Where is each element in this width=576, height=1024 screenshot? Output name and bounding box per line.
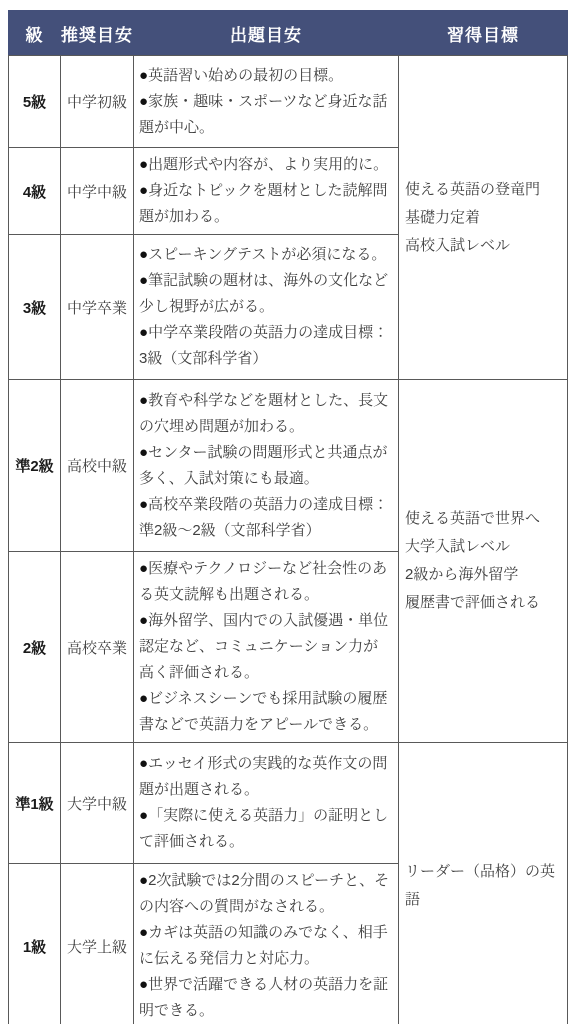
points-cell: ●エッセイ形式の実践的な英作文の問題が出題される。●「実際に使える英語力」の証明… <box>134 743 399 864</box>
table-row: 準2級高校中級●教育や科学などを題材とした、長文の穴埋め問題が加わる。●センター… <box>9 380 568 552</box>
point-item: ●英語習い始めの最初の目標。 <box>139 63 393 89</box>
point-item: ●高校卒業段階の英語力の達成目標：準2級～2級（文部科学省） <box>139 492 393 544</box>
points-cell: ●教育や科学などを題材とした、長文の穴埋め問題が加わる。●センター試験の問題形式… <box>134 380 399 552</box>
level-cell: 中学初級 <box>61 56 134 148</box>
bullet-icon: ● <box>139 392 148 409</box>
bullet-icon: ● <box>139 182 148 199</box>
point-text: 世界で活躍できる人材の英語力を証明できる。 <box>139 976 388 1019</box>
level-cell: 大学上級 <box>61 864 134 1024</box>
table-header: 級 推奨目安 出題目安 習得目標 <box>9 11 568 56</box>
column-header-points: 出題目安 <box>134 11 399 56</box>
grade-cell: 準2級 <box>9 380 61 552</box>
points-cell: ●英語習い始めの最初の目標。●家族・趣味・スポーツなど身近な話題が中心。 <box>134 56 399 148</box>
bullet-icon: ● <box>139 444 148 461</box>
table-body: 5級中学初級●英語習い始めの最初の目標。●家族・趣味・スポーツなど身近な話題が中… <box>9 56 568 1024</box>
point-text: 「実際に使える英語力」の証明として評価される。 <box>139 807 388 850</box>
levels-table: 級 推奨目安 出題目安 習得目標 5級中学初級●英語習い始めの最初の目標。●家族… <box>8 10 568 1024</box>
bullet-icon: ● <box>139 156 148 173</box>
column-header-grade: 級 <box>9 11 61 56</box>
point-text: 医療やテクノロジーなど社会性のある英文読解も出題される。 <box>139 560 387 603</box>
point-item: ●家族・趣味・スポーツなど身近な話題が中心。 <box>139 89 393 141</box>
bullet-icon: ● <box>139 324 148 341</box>
bullet-icon: ● <box>139 690 148 707</box>
point-item: ●中学卒業段階の英語力の達成目標：3級（文部科学省） <box>139 320 393 372</box>
point-text: ビジネスシーンでも採用試験の履歴書などで英語力をアピールできる。 <box>139 690 387 733</box>
points-cell: ●医療やテクノロジーなど社会性のある英文読解も出題される。●海外留学、国内での入… <box>134 552 399 743</box>
goal-line: 高校入試レベル <box>405 232 561 260</box>
bullet-icon: ● <box>139 807 148 824</box>
bullet-icon: ● <box>139 67 148 84</box>
goal-line: 2級から海外留学 <box>405 561 561 589</box>
point-item: ●世界で活躍できる人材の英語力を証明できる。 <box>139 972 393 1024</box>
grade-cell: 1級 <box>9 864 61 1024</box>
point-text: 出題形式や内容が、より実用的に。 <box>148 156 388 173</box>
bullet-icon: ● <box>139 924 148 941</box>
point-text: カギは英語の知識のみでなく、相手に伝える発信力と対応力。 <box>139 924 388 967</box>
point-item: ●2次試験では2分間のスピーチと、その内容への質問がなされる。 <box>139 868 393 920</box>
table-row: 準1級大学中級●エッセイ形式の実践的な英作文の問題が出題される。●「実際に使える… <box>9 743 568 864</box>
goal-line: リーダー（品格）の英語 <box>405 858 561 914</box>
point-item: ●カギは英語の知識のみでなく、相手に伝える発信力と対応力。 <box>139 920 393 972</box>
goal-cell: 使える英語の登竜門基礎力定着高校入試レベル <box>399 56 568 380</box>
goal-cell: リーダー（品格）の英語 <box>399 743 568 1024</box>
goal-line: 大学入試レベル <box>405 533 561 561</box>
bullet-icon: ● <box>139 560 148 577</box>
point-text: 海外留学、国内での入試優遇・単位認定など、コミュニケーション力が高く評価される。 <box>139 612 388 681</box>
table-row: 5級中学初級●英語習い始めの最初の目標。●家族・趣味・スポーツなど身近な話題が中… <box>9 56 568 148</box>
grade-cell: 2級 <box>9 552 61 743</box>
point-text: 家族・趣味・スポーツなど身近な話題が中心。 <box>139 93 387 136</box>
page: 級 推奨目安 出題目安 習得目標 5級中学初級●英語習い始めの最初の目標。●家族… <box>0 0 576 1024</box>
points-cell: ●スピーキングテストが必須になる。●筆記試験の題材は、海外の文化など少し視野が広… <box>134 235 399 380</box>
point-text: 身近なトピックを題材とした読解問題が加わる。 <box>139 182 387 225</box>
point-item: ●海外留学、国内での入試優遇・単位認定など、コミュニケーション力が高く評価される… <box>139 608 393 686</box>
point-item: ●スピーキングテストが必須になる。 <box>139 242 393 268</box>
bullet-icon: ● <box>139 612 148 629</box>
point-item: ●教育や科学などを題材とした、長文の穴埋め問題が加わる。 <box>139 388 393 440</box>
points-cell: ●出題形式や内容が、より実用的に。●身近なトピックを題材とした読解問題が加わる。 <box>134 148 399 235</box>
point-item: ●エッセイ形式の実践的な英作文の問題が出題される。 <box>139 751 393 803</box>
point-text: 英語習い始めの最初の目標。 <box>148 67 343 84</box>
point-item: ●身近なトピックを題材とした読解問題が加わる。 <box>139 178 393 230</box>
level-cell: 大学中級 <box>61 743 134 864</box>
goal-cell: 使える英語で世界へ大学入試レベル2級から海外留学履歴書で評価される <box>399 380 568 743</box>
goal-line: 基礎力定着 <box>405 204 561 232</box>
point-item: ●出題形式や内容が、より実用的に。 <box>139 152 393 178</box>
goal-line: 使える英語で世界へ <box>405 505 561 533</box>
header-row: 級 推奨目安 出題目安 習得目標 <box>9 11 568 56</box>
bullet-icon: ● <box>139 976 148 993</box>
point-text: 中学卒業段階の英語力の達成目標：3級（文部科学省） <box>139 324 388 367</box>
column-header-level: 推奨目安 <box>61 11 134 56</box>
bullet-icon: ● <box>139 246 148 263</box>
column-header-goal: 習得目標 <box>399 11 568 56</box>
point-item: ●医療やテクノロジーなど社会性のある英文読解も出題される。 <box>139 556 393 608</box>
goal-line: 履歴書で評価される <box>405 589 561 617</box>
bullet-icon: ● <box>139 93 148 110</box>
bullet-icon: ● <box>139 496 148 513</box>
level-cell: 中学卒業 <box>61 235 134 380</box>
grade-cell: 準1級 <box>9 743 61 864</box>
grade-cell: 3級 <box>9 235 61 380</box>
goal-line: 使える英語の登竜門 <box>405 176 561 204</box>
level-cell: 高校中級 <box>61 380 134 552</box>
point-text: センター試験の問題形式と共通点が多く、入試対策にも最適。 <box>139 444 387 487</box>
point-item: ●ビジネスシーンでも採用試験の履歴書などで英語力をアピールできる。 <box>139 686 393 738</box>
point-text: スピーキングテストが必須になる。 <box>148 246 386 263</box>
point-text: 教育や科学などを題材とした、長文の穴埋め問題が加わる。 <box>139 392 388 435</box>
point-item: ●センター試験の問題形式と共通点が多く、入試対策にも最適。 <box>139 440 393 492</box>
point-item: ●「実際に使える英語力」の証明として評価される。 <box>139 803 393 855</box>
points-cell: ●2次試験では2分間のスピーチと、その内容への質問がなされる。●カギは英語の知識… <box>134 864 399 1024</box>
point-text: 高校卒業段階の英語力の達成目標：準2級～2級（文部科学省） <box>139 496 388 539</box>
point-text: エッセイ形式の実践的な英作文の問題が出題される。 <box>139 755 387 798</box>
point-text: 2次試験では2分間のスピーチと、その内容への質問がなされる。 <box>139 872 389 915</box>
bullet-icon: ● <box>139 872 148 889</box>
bullet-icon: ● <box>139 272 148 289</box>
point-text: 筆記試験の題材は、海外の文化など少し視野が広がる。 <box>139 272 388 315</box>
level-cell: 中学中級 <box>61 148 134 235</box>
bullet-icon: ● <box>139 755 148 772</box>
grade-cell: 5級 <box>9 56 61 148</box>
point-item: ●筆記試験の題材は、海外の文化など少し視野が広がる。 <box>139 268 393 320</box>
grade-cell: 4級 <box>9 148 61 235</box>
level-cell: 高校卒業 <box>61 552 134 743</box>
